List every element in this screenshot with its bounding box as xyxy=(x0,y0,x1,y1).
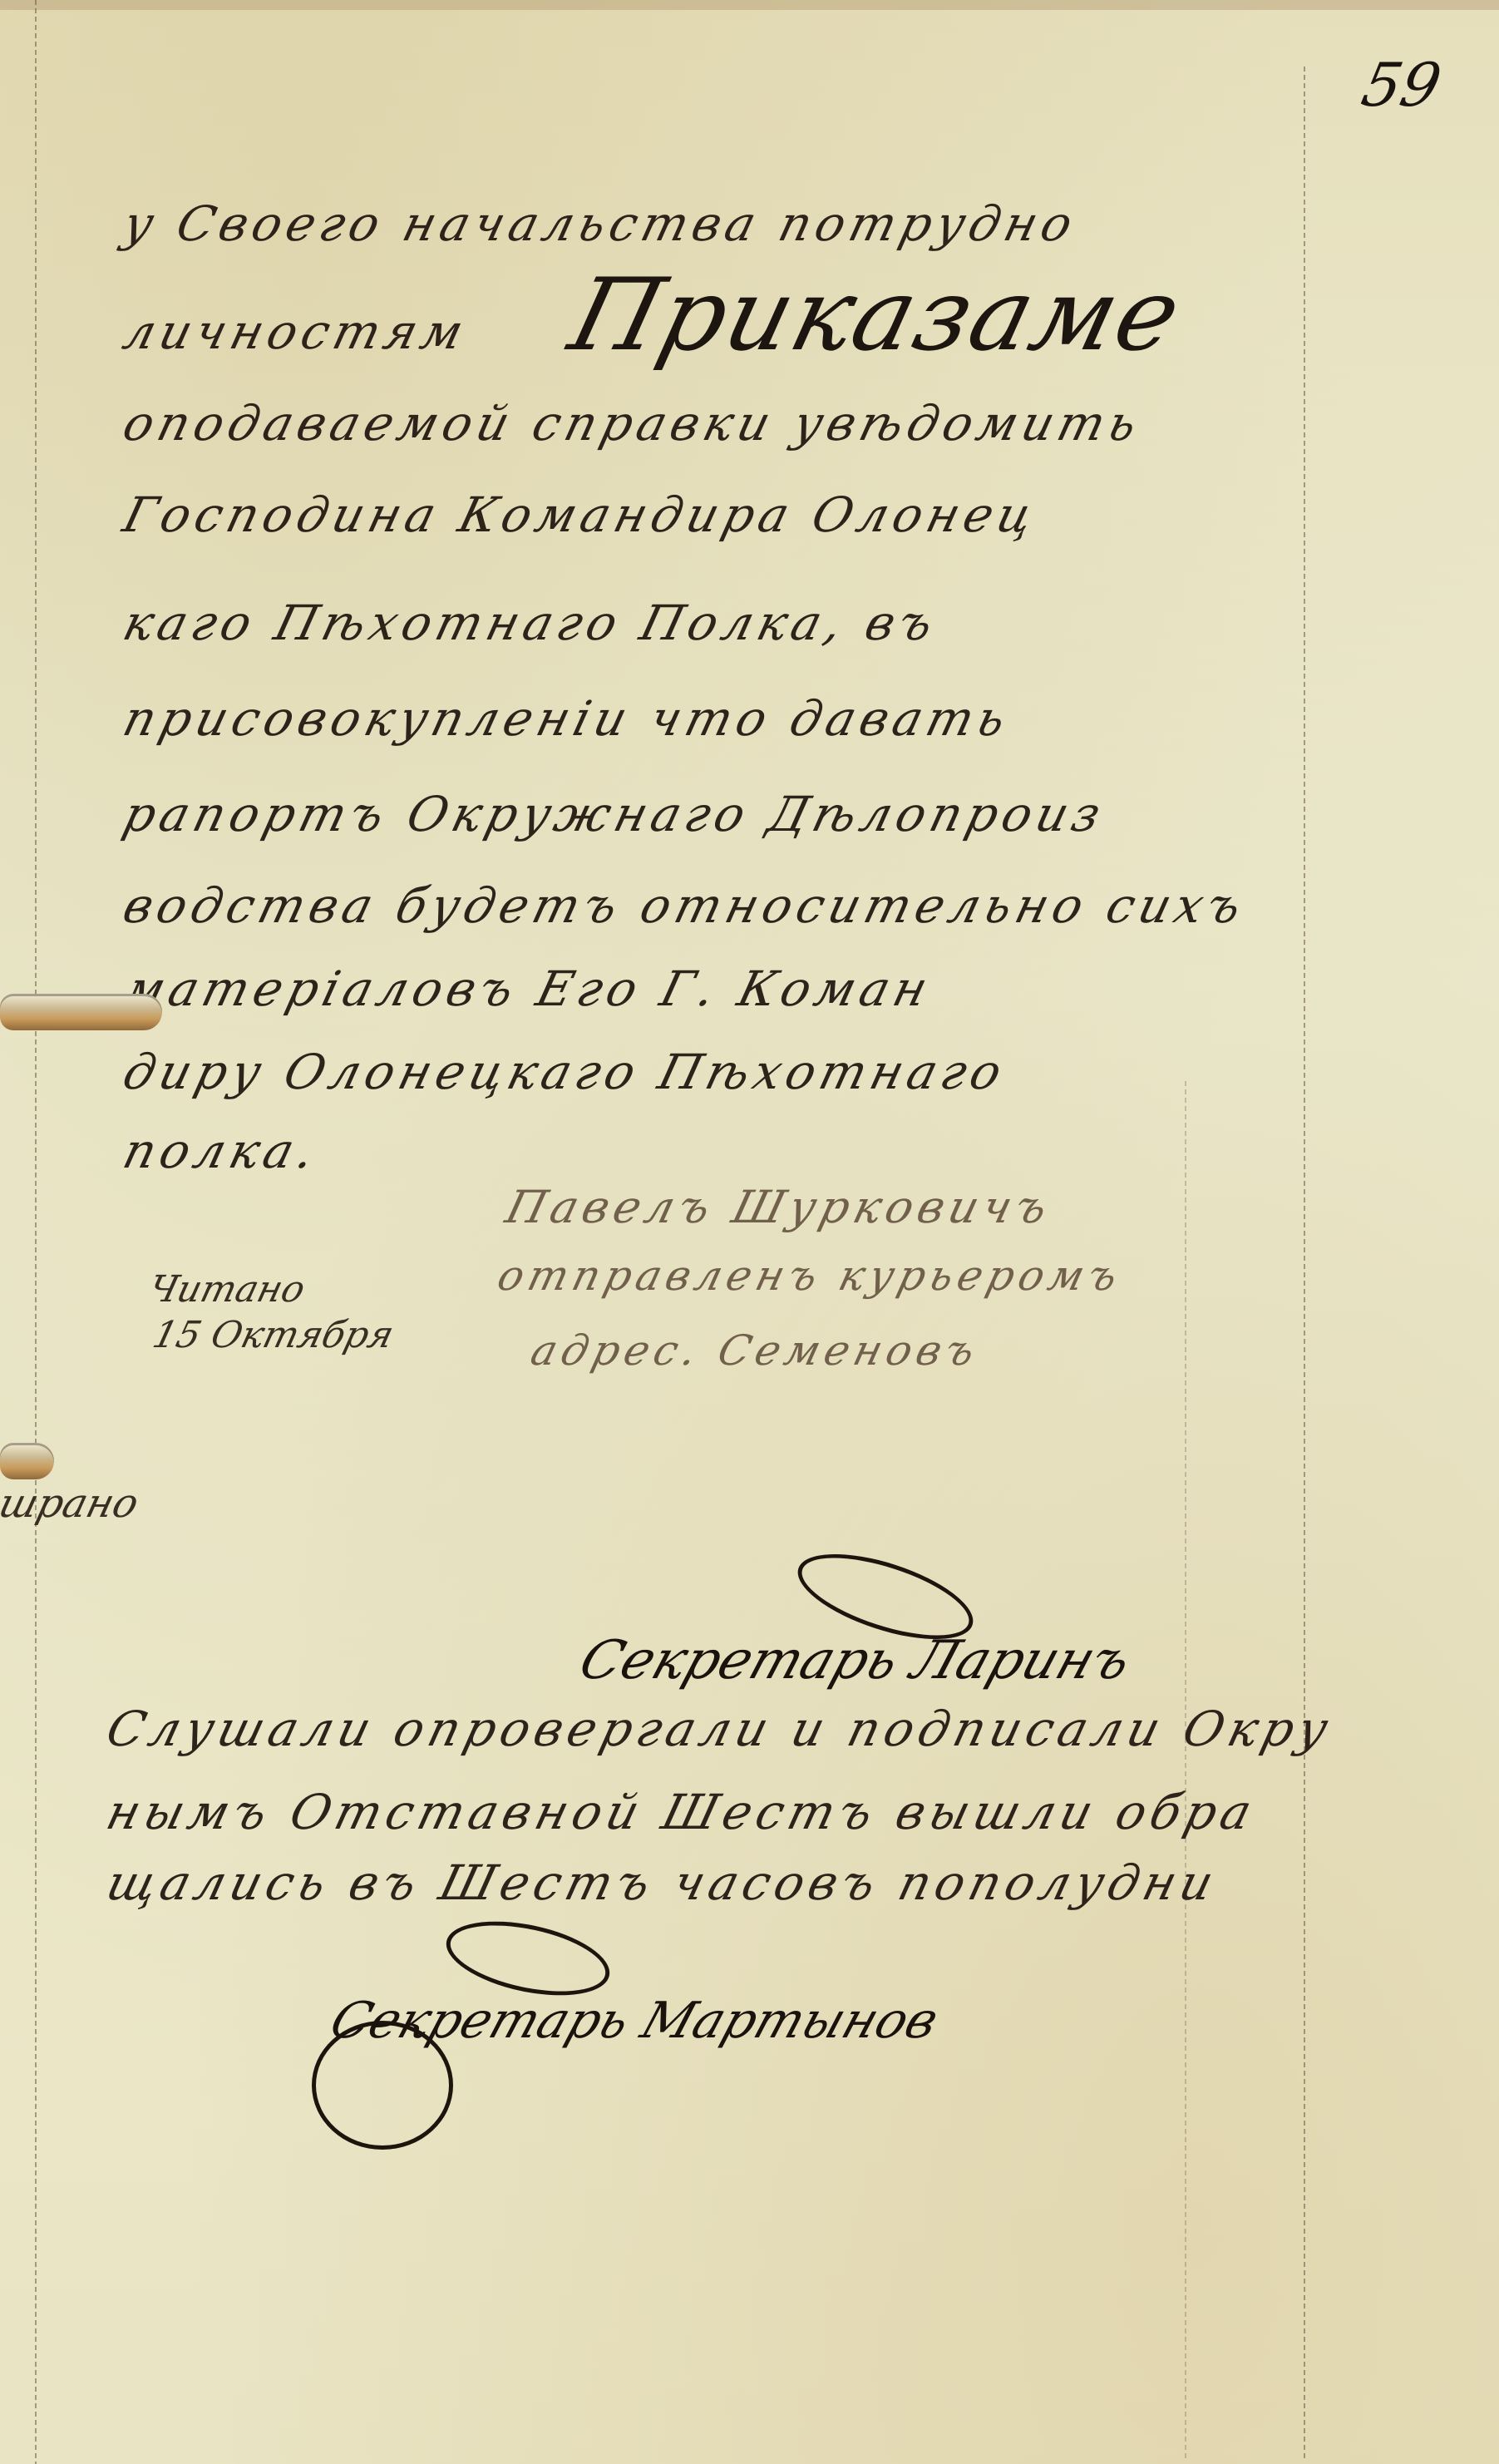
page-number: 59 xyxy=(1356,50,1447,120)
marginal-note-date: 15 Октября xyxy=(149,1314,398,1356)
emphasized-word: Приказаме xyxy=(560,258,1193,373)
body-line: диру Олонецкаго Пѣхотнаго xyxy=(118,1044,1013,1100)
body-line: каго Пѣхотнаго Полка, въ xyxy=(118,595,944,651)
signature-text: Секретарь Мартынов xyxy=(323,1992,946,2050)
closing-line: щались въ Шестъ часовъ пополудни xyxy=(101,1854,1225,1911)
faint-signature-line: Павелъ Шурковичъ xyxy=(500,1181,1058,1233)
closing-line: нымъ Отставной Шестъ вышли обра xyxy=(101,1784,1263,1840)
body-line: рапортъ Окружнаго Дѣлопроиз xyxy=(118,786,1112,842)
faint-signature-line: адрес. Семеновъ xyxy=(526,1326,985,1375)
body-line: оподаваемой справки увѣдомить xyxy=(118,395,1148,452)
body-line: водства будетъ относительно сихъ xyxy=(118,877,1252,934)
body-line: присовокупленiи что давать xyxy=(118,690,1017,747)
marginal-note-line: Читано xyxy=(145,1268,309,1311)
body-line: полка. xyxy=(118,1123,326,1179)
body-line: личностям xyxy=(118,304,474,360)
left-margin-fragment: шрано xyxy=(0,1480,143,1527)
left-margin-rule xyxy=(35,0,37,2464)
body-line: Господина Командира Олонец xyxy=(118,486,1044,543)
body-line: матерiаловъ Его Г. Коман xyxy=(118,960,939,1017)
closing-line: Слушали опровергали и подписали Окру xyxy=(101,1701,1339,1757)
binding-thread xyxy=(0,1443,54,1479)
page-top-edge xyxy=(0,0,1499,10)
inner-margin-rule xyxy=(1185,1081,1186,2462)
body-line: у Своего начальства потрудно xyxy=(118,195,1083,252)
signature-text: Секретарь Ларинъ xyxy=(572,1630,1139,1691)
right-margin-rule xyxy=(1304,67,1305,2462)
binding-thread xyxy=(0,994,162,1030)
faint-signature-line: отправленъ курьеромъ xyxy=(493,1252,1127,1300)
